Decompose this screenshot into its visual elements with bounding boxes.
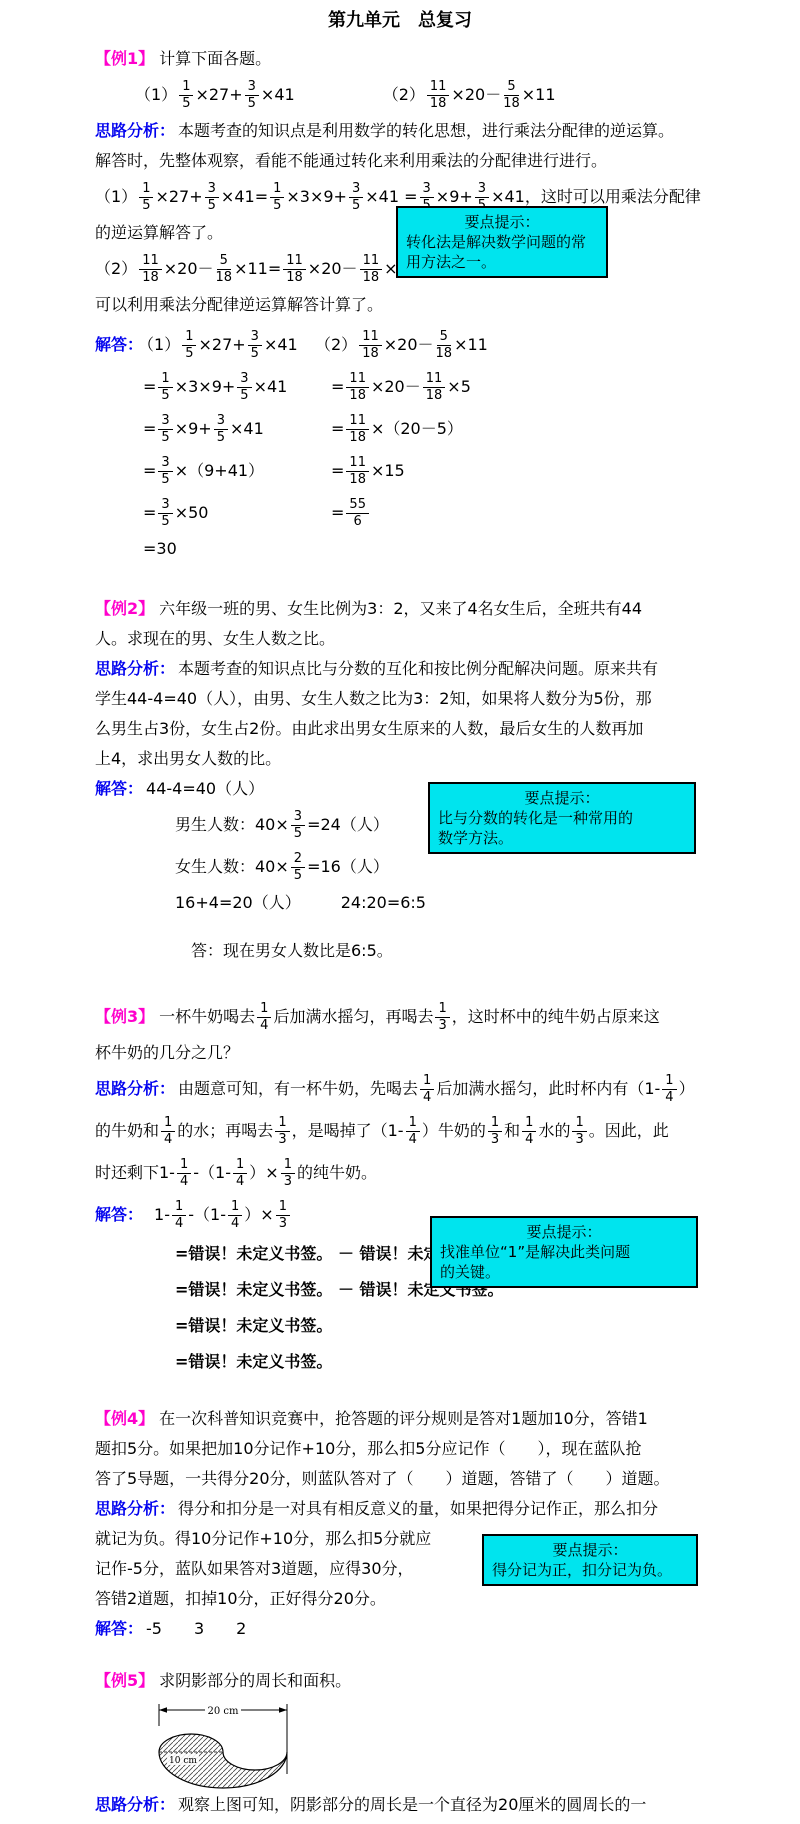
fraction: 1118 <box>346 414 369 445</box>
example-3-head-line: 【例3】一杯牛奶喝去14后加满水摇匀，再喝去13，这时杯中的纯牛奶占原来这 <box>95 996 705 1038</box>
page-title: 第九单元 总复习 <box>95 6 705 36</box>
fraction: 14 <box>228 1200 242 1231</box>
example-2-analysis: 思路分析：本题考查的知识点比与分数的互化和按比例分配解决问题。原来共有学生44-… <box>95 654 705 774</box>
solution-label: 解答： <box>95 335 143 354</box>
hint-line: 数学方法。 <box>438 828 686 848</box>
fraction: 1118 <box>427 80 450 111</box>
fraction: 14 <box>406 1116 420 1147</box>
fraction: 1118 <box>423 372 446 403</box>
example-4-head-line: 题扣5分。如果把加10分记作+10分，那么扣5分应记作（ ），现在蓝队抢 <box>95 1434 705 1464</box>
solution-line: =30 <box>95 534 705 564</box>
fraction: 518 <box>436 330 453 361</box>
analysis-line: 上4，求出男女人数的比。 <box>95 744 705 774</box>
fraction: 1118 <box>359 330 382 361</box>
fraction: 13 <box>488 1116 502 1147</box>
example-4-tag: 【例4】 <box>95 1409 154 1428</box>
example-1-head-line: 【例1】计算下面各题。 <box>95 44 705 74</box>
example-5-figure: 20 cm 10 cm <box>153 1702 705 1790</box>
fraction: 15 <box>270 182 284 213</box>
fraction: 15 <box>182 330 196 361</box>
fraction: 1118 <box>360 254 383 285</box>
example-2-head: 【例2】六年级一班的男、女生比例为3：2，又来了4名女生后，全班共有44人。求现… <box>95 594 705 654</box>
hint-line: 找准单位“1”是解决此类问题 <box>440 1242 688 1262</box>
fraction: 518 <box>503 80 520 111</box>
analysis-line: 可以利用乘法分配律逆运算解答计算了。 <box>95 290 705 320</box>
fraction: 556 <box>346 498 369 529</box>
fraction: 35 <box>291 810 305 841</box>
fraction: 14 <box>420 1074 434 1105</box>
example-3: 【例3】一杯牛奶喝去14后加满水摇匀，再喝去13，这时杯中的纯牛奶占原来这杯牛奶… <box>95 996 705 1380</box>
hint-title: 要点提示： <box>438 788 686 808</box>
solution-line: 解答：-5 3 2 <box>95 1614 705 1644</box>
analysis-line: 思路分析：观察上图可知，阴影部分的周长是一个直径为20厘米的圆周长的一 <box>95 1790 705 1820</box>
fraction: 35 <box>214 414 228 445</box>
analysis-line: 思路分析：本题考查的知识点比与分数的互化和按比例分配解决问题。原来共有 <box>95 654 705 684</box>
analysis-label: 思路分析： <box>95 659 175 678</box>
example-2-answer: 答：现在男女人数比是6:5。 <box>95 936 705 966</box>
question-line: （1）15×27+35×41 （2）1118×20－518×11 <box>95 74 705 116</box>
solution-column-right: （2）1118×20－518×11 =1118×20－1118×5 =1118×… <box>315 324 488 534</box>
fraction: 518 <box>216 254 233 285</box>
fraction: 15 <box>179 80 193 111</box>
analysis-label: 思路分析： <box>95 1795 175 1814</box>
analysis-line: 的牛奶和14的水；再喝去13，是喝掉了（1-14）牛奶的13和14水的13。因此… <box>95 1110 705 1152</box>
hint-title: 要点提示： <box>406 212 598 232</box>
yin-yang-shape-figure: 20 cm 10 cm <box>153 1702 293 1790</box>
hint-line: 比与分数的转化是一种常用的 <box>438 808 686 828</box>
hint-line: 转化法是解决数学问题的常 <box>406 232 598 252</box>
hint-box-4: 要点提示： 得分记为正，扣分记为负。 <box>482 1534 698 1586</box>
analysis-line: 思路分析：得分和扣分是一对具有相反意义的量，如果把得分记作正，那么扣分 <box>95 1494 705 1524</box>
fraction: 1118 <box>346 372 369 403</box>
analysis-line: 思路分析：由题意可知，有一杯牛奶，先喝去14后加满水摇匀，此时杯内有（1-14） <box>95 1068 705 1110</box>
hint-title: 要点提示： <box>440 1222 688 1242</box>
analysis-line: 思路分析：本题考查的知识点是利用数学的转化思想，进行乘法分配律的逆运算。 <box>95 116 705 146</box>
example-5-analysis: 思路分析：观察上图可知，阴影部分的周长是一个直径为20厘米的圆周长的一 <box>95 1790 705 1820</box>
fraction: 35 <box>245 80 259 111</box>
hint-line: 得分记为正，扣分记为负。 <box>492 1560 688 1580</box>
bookmark-error-line: =错误！未定义书签。 <box>95 1308 705 1344</box>
example-1-head: 【例1】计算下面各题。 <box>95 44 705 74</box>
solution-label: 解答： <box>95 779 143 798</box>
fraction: 35 <box>248 330 262 361</box>
document-page: 第九单元 总复习 【例1】计算下面各题。 （1）15×27+35×41 （2）1… <box>0 0 800 1824</box>
hint-line: 的关键。 <box>440 1262 688 1282</box>
hint-box-1: 要点提示： 转化法是解决数学问题的常用方法之一。 <box>396 206 608 278</box>
example-4-head: 【例4】在一次科普知识竞赛中，抢答题的评分规则是答对1题加10分，答错1题扣5分… <box>95 1404 705 1494</box>
fraction: 1118 <box>283 254 306 285</box>
fraction: 13 <box>281 1158 295 1189</box>
hint-box-3: 要点提示： 找准单位“1”是解决此类问题的关键。 <box>430 1216 698 1288</box>
fraction: 14 <box>172 1200 186 1231</box>
example-1-questions: （1）15×27+35×41 （2）1118×20－518×11 <box>95 74 705 116</box>
solution-line: （2）1118×20－518×11 <box>315 324 488 366</box>
example-3-tag: 【例3】 <box>95 1007 154 1026</box>
example-5-head-line: 【例5】求阴影部分的周长和面积。 <box>95 1666 705 1696</box>
example-5-head: 【例5】求阴影部分的周长和面积。 <box>95 1666 705 1696</box>
fraction: 35 <box>158 456 172 487</box>
example-1: 【例1】计算下面各题。 （1）15×27+35×41 （2）1118×20－51… <box>95 44 705 564</box>
example-2: 【例2】六年级一班的男、女生比例为3：2，又来了4名女生后，全班共有44人。求现… <box>95 594 705 966</box>
fraction: 15 <box>139 182 153 213</box>
example-1-solution: 解答：（1）15×27+35×41 =15×3×9+35×41 =35×9+35… <box>95 324 705 564</box>
fraction: 35 <box>237 372 251 403</box>
radius-dimension-label: 10 cm <box>169 1756 197 1766</box>
analysis-line: 么男生占3份，女生占2份。由此求出男女生原来的人数，最后女生的人数再加 <box>95 714 705 744</box>
solution-line: =1118×（20－5） <box>315 408 488 450</box>
fraction: 14 <box>161 1116 175 1147</box>
fraction: 15 <box>158 372 172 403</box>
fraction: 14 <box>177 1158 191 1189</box>
example-1-tag: 【例1】 <box>95 49 154 68</box>
analysis-line: 答错2道题，扣掉10分，正好得分20分。 <box>95 1584 705 1614</box>
analysis-line: 时还剩下1-14-（1-14）×13的纯牛奶。 <box>95 1152 705 1194</box>
fraction: 14 <box>662 1074 676 1105</box>
example-2-head-line: 人。求现在的男、女生人数之比。 <box>95 624 705 654</box>
fraction: 35 <box>158 498 172 529</box>
hint-box-2: 要点提示： 比与分数的转化是一种常用的数学方法。 <box>428 782 696 854</box>
example-3-head-line: 杯牛奶的几分之几？ <box>95 1038 705 1068</box>
fraction: 13 <box>276 1200 290 1231</box>
fraction: 35 <box>158 414 172 445</box>
analysis-line: 学生44-4=40（人），由男、女生人数之比为3：2知，如果将人数分为5份，那 <box>95 684 705 714</box>
example-4-head-line: 答了5导题，一共得分20分，则蓝队答对了（ ）道题，答错了（ ）道题。 <box>95 1464 705 1494</box>
fraction: 1118 <box>139 254 162 285</box>
example-2-tag: 【例2】 <box>95 599 154 618</box>
example-2-head-line: 【例2】六年级一班的男、女生比例为3：2，又来了4名女生后，全班共有44 <box>95 594 705 624</box>
example-5-tag: 【例5】 <box>95 1671 154 1690</box>
answer-line: 答：现在男女人数比是6:5。 <box>95 936 705 966</box>
fraction: 13 <box>275 1116 289 1147</box>
fraction: 14 <box>233 1158 247 1189</box>
fraction: 14 <box>522 1116 536 1147</box>
fraction: 1118 <box>346 456 369 487</box>
example-3-analysis: 思路分析：由题意可知，有一杯牛奶，先喝去14后加满水摇匀，此时杯内有（1-14）… <box>95 1068 705 1194</box>
analysis-line: 解答时，先整体观察，看能不能通过转化来利用乘法的分配律进行进行。 <box>95 146 705 176</box>
fraction: 35 <box>349 182 363 213</box>
width-dimension-label: 20 cm <box>208 1706 240 1717</box>
analysis-label: 思路分析： <box>95 1499 175 1518</box>
solution-line: =1118×15 <box>315 450 488 492</box>
analysis-label: 思路分析： <box>95 1079 175 1098</box>
analysis-label: 思路分析： <box>95 121 175 140</box>
solution-label: 解答： <box>95 1619 143 1638</box>
solution-line: =1118×20－1118×5 <box>315 366 488 408</box>
example-4-head-line: 【例4】在一次科普知识竞赛中，抢答题的评分规则是答对1题加10分，答错1 <box>95 1404 705 1434</box>
solution-label: 解答： <box>95 1205 135 1224</box>
fraction: 14 <box>257 1002 271 1033</box>
example-5: 【例5】求阴影部分的周长和面积。 20 cm <box>95 1666 705 1820</box>
example-4-solution: 解答：-5 3 2 <box>95 1614 705 1644</box>
fraction: 25 <box>291 852 305 883</box>
example-4: 【例4】在一次科普知识竞赛中，抢答题的评分规则是答对1题加10分，答错1题扣5分… <box>95 1404 705 1644</box>
hint-line: 用方法之一。 <box>406 252 598 272</box>
hint-title: 要点提示： <box>492 1540 688 1560</box>
solution-line: =556 <box>315 492 488 534</box>
fraction: 35 <box>205 182 219 213</box>
bookmark-error-line: =错误！未定义书签。 <box>95 1344 705 1380</box>
example-3-head: 【例3】一杯牛奶喝去14后加满水摇匀，再喝去13，这时杯中的纯牛奶占原来这杯牛奶… <box>95 996 705 1068</box>
fraction: 13 <box>572 1116 586 1147</box>
solution-line: 16+4=20（人） 24:20=6:5 <box>95 888 705 918</box>
fraction: 13 <box>435 1002 449 1033</box>
arrowhead-right <box>279 1707 287 1713</box>
arrowhead-left <box>159 1707 167 1713</box>
